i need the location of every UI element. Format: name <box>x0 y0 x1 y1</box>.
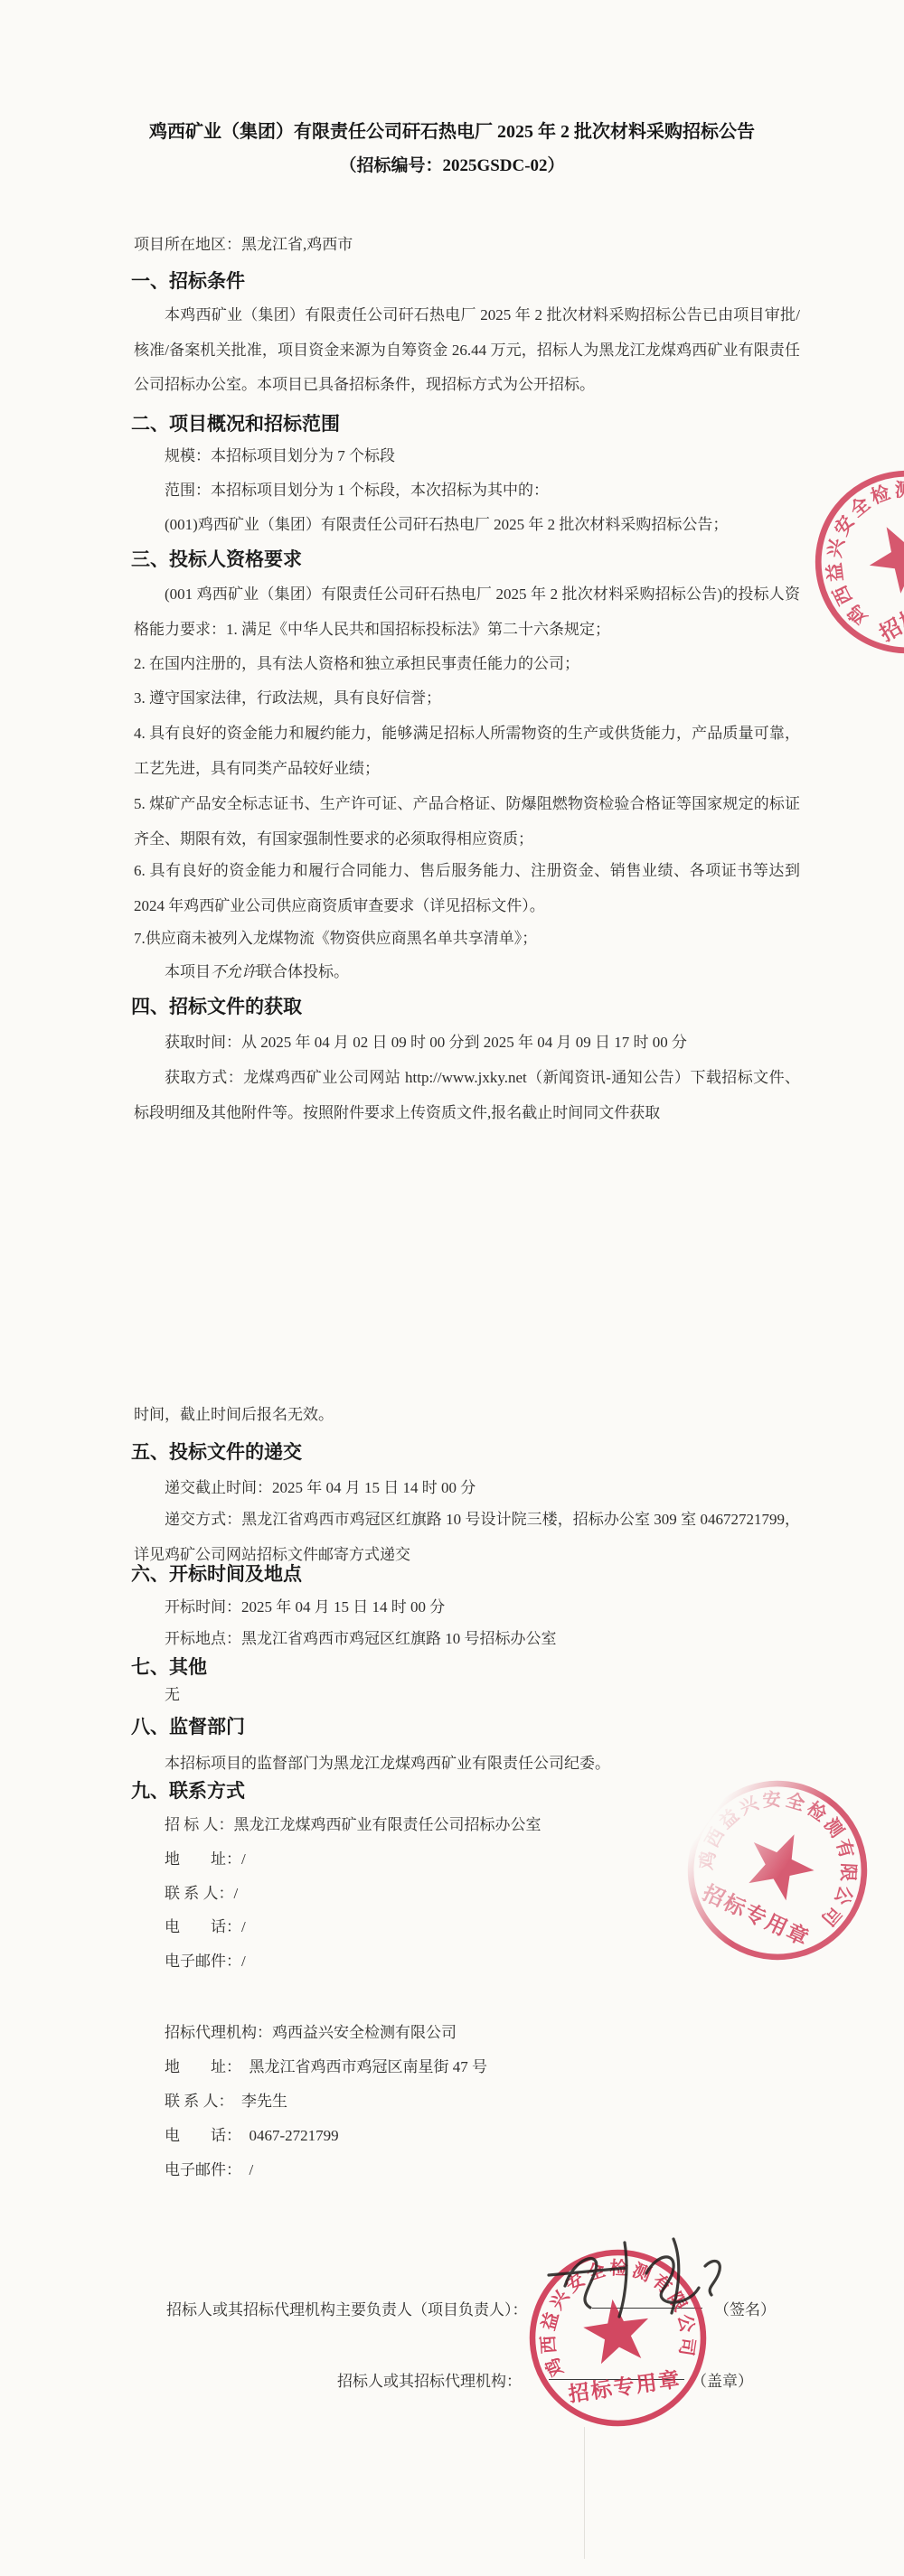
stamp-bottom-text: 招标专用章 <box>875 566 904 646</box>
section-3-intro: (001 鸡西矿业（集团）有限责任公司矸石热电厂 2025 年 2 批次材料采购… <box>134 577 800 647</box>
qualification-item-3: 3. 遵守国家法律，行政法规，具有良好信誉； <box>134 681 800 717</box>
agency-phone-line: 电 话： 0467-2721799 <box>165 2119 800 2154</box>
handwritten-signature <box>538 2230 746 2329</box>
section-2-scope-line: 范围：本招标项目划分为 1 个标段，本次招标为其中的： <box>165 473 800 509</box>
no-consortium-note: 本项目不允许联合体投标。 <box>165 955 800 990</box>
tenderer-name-line: 招 标 人：黑龙江龙煤鸡西矿业有限责任公司招标办公室 <box>165 1808 800 1843</box>
svg-text:招标专用章: 招标专用章 <box>875 566 904 646</box>
seal-blank-rule <box>549 2378 684 2380</box>
project-location-line: 项目所在地区：黑龙江省,鸡西市 <box>134 228 800 263</box>
section-1-heading: 一、招标条件 <box>131 264 800 299</box>
section-5-heading: 五、投标文件的递交 <box>131 1435 800 1470</box>
agency-seal-line: 招标人或其招标代理机构： <box>337 2365 522 2400</box>
note-post: 联合体投标。 <box>257 963 349 980</box>
paper-crease-line <box>584 2427 585 2559</box>
tenderer-email-line: 电子邮件：/ <box>165 1944 800 1980</box>
stamp-star-icon <box>857 510 904 599</box>
agency-name-line: 招标代理机构：鸡西益兴安全检测有限公司 <box>165 2016 800 2051</box>
seal-line-label: 招标人或其招标代理机构： <box>337 2373 522 2390</box>
submit-deadline-line: 递交截止时间：2025 年 04 月 15 日 14 时 00 分 <box>165 1471 800 1506</box>
document-page: 鸡西矿业（集团）有限责任公司矸石热电厂 2025 年 2 批次材料采购招标公告 … <box>0 0 904 2576</box>
section-8-heading: 八、监督部门 <box>131 1710 800 1745</box>
sign-line-label: 招标人或其招标代理机构主要负责人（项目负责人）： <box>166 2301 528 2318</box>
responsible-person-sign-line: 招标人或其招标代理机构主要负责人（项目负责人）： <box>166 2293 528 2328</box>
section-4-heading: 四、招标文件的获取 <box>131 989 800 1025</box>
doc-tender-number: （招标编号：2025GSDC-02） <box>0 155 904 177</box>
section-2-lot-item: (001)鸡西矿业（集团）有限责任公司矸石热电厂 2025 年 2 批次材料采购… <box>165 508 800 543</box>
qualification-item-6: 6. 具有良好的资金能力和履行合同能力、售后服务能力、注册资金、销售业绩、各项证… <box>134 854 800 923</box>
stamp-bottom-text: 招标专用章 <box>567 2367 683 2406</box>
tenderer-address-line: 地 址：/ <box>165 1842 800 1878</box>
qualification-item-5: 5. 煤矿产品安全标志证书、生产许可证、产品合格证、防爆阻燃物资检验合格证等国家… <box>134 787 800 857</box>
note-emphasis: 不允许 <box>211 963 257 980</box>
section-3-heading: 三、投标人资格要求 <box>131 542 800 577</box>
tenderer-contact-line: 联 系 人：/ <box>165 1877 800 1912</box>
qualification-item-2: 2. 在国内注册的，具有法人资格和独立承担民事责任能力的公司； <box>134 647 800 682</box>
section-6-heading: 六、开标时间及地点 <box>131 1557 800 1592</box>
stamp-ring-circle <box>786 441 904 682</box>
agency-address-line: 地 址： 黑龙江省鸡西市鸡冠区南星街 47 号 <box>165 2050 800 2085</box>
tenderer-phone-line: 电 话：/ <box>165 1910 800 1945</box>
obtain-method-paragraph: 获取方式：龙煤鸡西矿业公司网站 http://www.jxky.net（新闻资讯… <box>134 1061 800 1130</box>
svg-text:鸡西益兴安全检测有限公司: 鸡西益兴安全检测有限公司 <box>793 448 904 632</box>
doc-title: 鸡西矿业（集团）有限责任公司矸石热电厂 2025 年 2 批次材料采购招标公告 <box>0 120 904 145</box>
qualification-item-7: 7.供应商未被列入龙煤物流《物资供应商黑名单共享清单》； <box>134 922 800 957</box>
section-1-paragraph: 本鸡西矿业（集团）有限责任公司矸石热电厂 2025 年 2 批次材料采购招标公告… <box>134 298 800 403</box>
seal-suffix: （盖章） <box>692 2365 753 2400</box>
stamp-ring-text: 鸡西益兴安全检测有限公司 <box>793 448 904 632</box>
obtain-time-line: 获取时间：从 2025 年 04 月 02 日 09 时 00 分到 2025 … <box>165 1026 800 1061</box>
open-time-line: 开标时间：2025 年 04 月 15 日 14 时 00 分 <box>165 1590 800 1625</box>
section-2-scale-line: 规模：本招标项目划分为 7 个标段 <box>165 439 800 474</box>
other-none-line: 无 <box>165 1678 800 1713</box>
agency-email-line: 电子邮件： / <box>165 2153 800 2188</box>
agency-contact-line: 联 系 人： 李先生 <box>165 2084 800 2120</box>
note-pre: 本项目 <box>165 963 211 980</box>
qualification-item-4: 4. 具有良好的资金能力和履约能力，能够满足招标人所需物资的生产或供货能力，产品… <box>134 717 800 786</box>
section-2-heading: 二、项目概况和招标范围 <box>131 407 800 442</box>
svg-text:招标专用章: 招标专用章 <box>567 2367 683 2406</box>
obtain-method-continuation: 时间，截止时间后报名无效。 <box>134 1398 800 1433</box>
section-9-heading: 九、联系方式 <box>131 1774 800 1809</box>
